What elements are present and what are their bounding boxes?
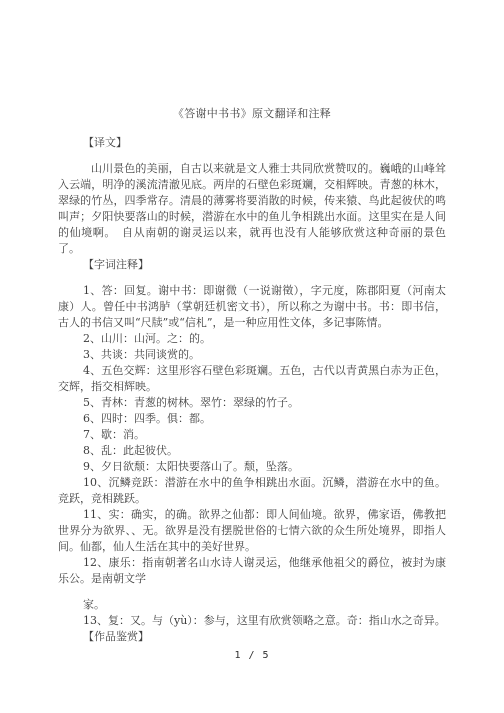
section-heading: 【作品鉴赏】 — [58, 629, 446, 645]
annotation-item: 11、实：确实，的确。欲界之仙都：即人间仙境。欲界，佛家语，佛教把世界分为欲界、… — [58, 507, 446, 555]
section-heading: 【字词注释】 — [58, 257, 446, 273]
annotation-item: 5、青林：青葱的树林。翠竹：翠绿的竹子。 — [58, 395, 446, 411]
annotation-item: 4、五色交辉：这里形容石壁色彩斑斓。五色，古代以青黄黑白赤为正色，交辉，指交相辉… — [58, 363, 446, 395]
document-title: 《答谢中书书》原文翻译和注释 — [0, 0, 504, 121]
annotation-item: 13、复：又。与（yù）：参与，这里有欣赏领略之意。奇：指山水之奇异。 — [58, 613, 446, 629]
section-heading: 【译文】 — [58, 135, 446, 151]
annotation-item: 10、沉鳞竞跃：潜游在水中的鱼争相跳出水面。沉鳞，潜游在水中的鱼。竞跃，竞相跳跃… — [58, 475, 446, 507]
annotation-item: 7、歇：消。 — [58, 427, 446, 443]
blank-line — [58, 587, 446, 597]
page-footer: 1 / 5 — [0, 650, 504, 661]
page-indicator: 1 / 5 — [234, 650, 269, 661]
annotation-item: 9、夕日欲颓：太阳快要落山了。颓，坠落。 — [58, 459, 446, 475]
document-body: 【译文】山川景色的美丽，自古以来就是文人雅士共同欣赏赞叹的。巍峨的山峰耸入云端，… — [58, 135, 446, 645]
body-paragraph: 山川景色的美丽，自古以来就是文人雅士共同欣赏赞叹的。巍峨的山峰耸入云端，明净的溪… — [58, 161, 446, 257]
annotation-item: 1、答：回复。谢中书：即谢微（一说谢徵），字元度，陈郡阳夏（河南太康）人。曾任中… — [58, 283, 446, 331]
annotation-item: 2、山川：山河。之：的。 — [58, 331, 446, 347]
annotation-item: 12、康乐：指南朝著名山水诗人谢灵运，他继承他祖父的爵位，被封为康乐公。是南朝文… — [58, 555, 446, 587]
document-page: 《答谢中书书》原文翻译和注释 【译文】山川景色的美丽，自古以来就是文人雅士共同欣… — [0, 0, 504, 713]
annotation-item: 家。 — [58, 597, 446, 613]
annotation-item: 8、乱：此起彼伏。 — [58, 443, 446, 459]
annotation-item: 6、四时：四季。俱：都。 — [58, 411, 446, 427]
annotation-item: 3、共谈：共同谈赏的。 — [58, 347, 446, 363]
